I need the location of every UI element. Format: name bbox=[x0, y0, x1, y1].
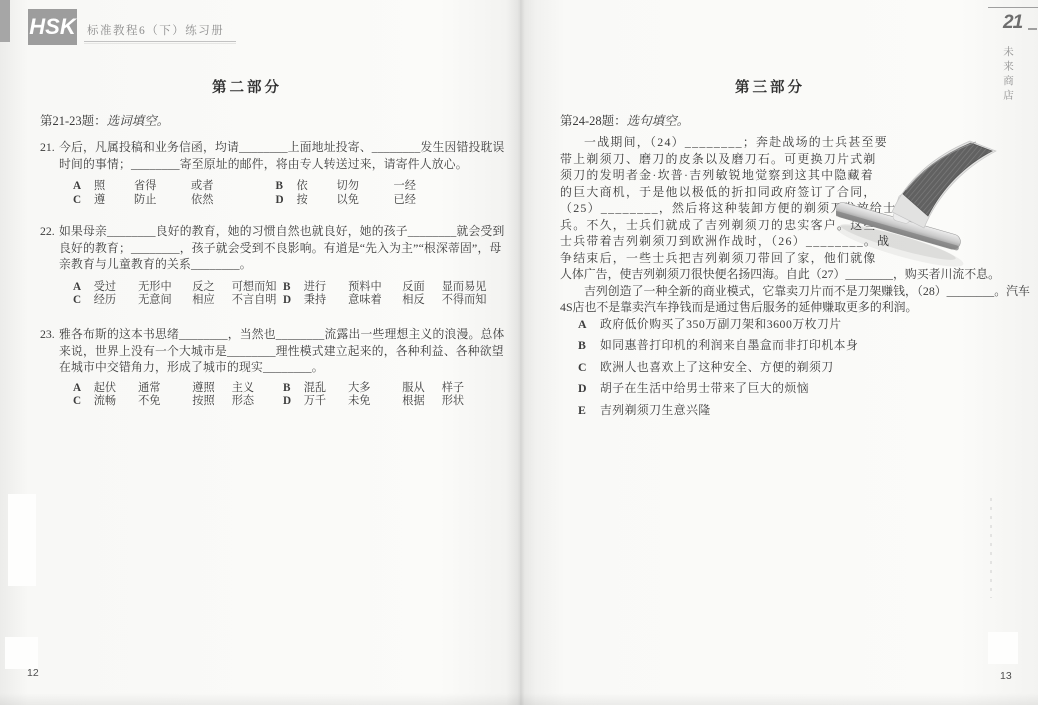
option-word: 不得而知 bbox=[442, 294, 493, 308]
option-word: 相应 bbox=[192, 294, 231, 308]
option-word: 不言自明 bbox=[232, 294, 283, 308]
instructions-left: 第21-23题：选词填空。 bbox=[40, 111, 169, 129]
page-edge-tab bbox=[0, 0, 10, 42]
option-24-28-A: A 政府低价购买了350万副刀架和3600万枚刀片 bbox=[578, 318, 1004, 331]
scan-artifact bbox=[8, 494, 36, 586]
option-word: 未免 bbox=[348, 395, 402, 409]
question-23: 23. 雅各布斯的这本书思绪________，当然也________流露出一些理… bbox=[40, 326, 478, 409]
question-21-line: 今后，凡属投稿和业务信函，均请________上面地址投寄、________发生… bbox=[59, 139, 478, 156]
option-row: A受过无形中反之可想而知 B进行预料中反面显而易见 bbox=[73, 281, 478, 295]
option-word: 意味着 bbox=[348, 294, 402, 308]
question-22-line: 如果母亲________良好的教育，她的习惯自然也就良好，她的孩子_______… bbox=[59, 223, 478, 240]
page-number-left: 12 bbox=[27, 667, 39, 679]
question-23-line: 在城市中交错角力，形成了城市的现实________。 bbox=[59, 359, 478, 376]
option-row: A起伏通常遵照主义 B混乱大多服从样子 bbox=[73, 382, 478, 396]
question-21-options: A照省得或者 B依切勿一经 C遵防止依然 D按以免已经 bbox=[73, 180, 478, 208]
corner-dash bbox=[1028, 28, 1037, 30]
option-word: 经历 bbox=[94, 294, 138, 308]
option-text: 如同惠普打印机的利润来自墨盒而非打印机本身 bbox=[600, 339, 858, 352]
option-word: 已经 bbox=[394, 194, 451, 208]
option-word: 一经 bbox=[394, 180, 451, 194]
question-22-line: 良好的教育；________，孩子就会受到不良影响。有道是“先入为主”“根深蒂固… bbox=[59, 240, 478, 257]
option-label: D bbox=[283, 395, 304, 409]
option-word: 主义 bbox=[232, 382, 283, 396]
option-24-28-E: E 吉列剃须刀生意兴隆 bbox=[578, 404, 1004, 417]
option-24-28-D: D 胡子在生活中给男士带来了巨大的烦恼 bbox=[578, 382, 1004, 395]
hsk-logo-text: HSK bbox=[29, 14, 75, 40]
option-word: 按照 bbox=[192, 395, 231, 409]
option-label: D bbox=[578, 382, 600, 395]
option-word: 遵 bbox=[94, 194, 134, 208]
book-spread: HSK 标准教程6（下）练习册 第二部分 第21-23题：选词填空。 21. 今… bbox=[0, 0, 1038, 705]
book-spine-shadow bbox=[506, 0, 536, 705]
question-22-line: 亲教育与儿童教育的关系________。 bbox=[59, 256, 478, 273]
corner-rule bbox=[988, 7, 1038, 8]
option-word: 省得 bbox=[134, 180, 191, 194]
option-word: 无意间 bbox=[138, 294, 192, 308]
option-text: 欧洲人也喜欢上了这种安全、方便的剃须刀 bbox=[600, 361, 834, 374]
option-word: 显而易见 bbox=[442, 281, 493, 295]
option-label: D bbox=[276, 194, 297, 208]
option-word: 预料中 bbox=[348, 281, 402, 295]
option-word: 反面 bbox=[402, 281, 441, 295]
option-word: 流畅 bbox=[94, 395, 138, 409]
hsk-logo: HSK bbox=[28, 9, 77, 45]
option-row: C流畅不免按照形态 D万千未免根据形状 bbox=[73, 395, 478, 409]
question-21: 21. 今后，凡属投稿和业务信函，均请________上面地址投寄、______… bbox=[40, 139, 478, 208]
option-row: A照省得或者 B依切勿一经 bbox=[73, 180, 478, 194]
option-word: 反之 bbox=[192, 281, 231, 295]
option-word: 无形中 bbox=[138, 281, 192, 295]
option-text: 胡子在生活中给男士带来了巨大的烦恼 bbox=[600, 382, 809, 395]
option-word: 按 bbox=[297, 194, 337, 208]
option-word: 大多 bbox=[348, 382, 402, 396]
option-label: A bbox=[73, 180, 94, 194]
instructions-right: 第24-28题：选句填空。 bbox=[560, 111, 689, 129]
option-label: C bbox=[73, 294, 94, 308]
option-label: B bbox=[283, 281, 304, 295]
question-22: 22. 如果母亲________良好的教育，她的习惯自然也就良好，她的孩子___… bbox=[40, 223, 478, 308]
option-24-28-C: C 欧洲人也喜欢上了这种安全、方便的剃须刀 bbox=[578, 361, 1004, 374]
scan-artifact bbox=[5, 637, 38, 669]
option-text: 吉列剃须刀生意兴隆 bbox=[600, 404, 711, 417]
passage-line: 4S店也不是靠卖汽车挣钱而是通过售后服务的延伸赚取更多的利润。 bbox=[560, 299, 998, 316]
option-word: 切勿 bbox=[337, 180, 394, 194]
option-word: 服从 bbox=[402, 382, 441, 396]
question-23-number: 23. bbox=[40, 326, 55, 343]
option-label: B bbox=[276, 180, 297, 194]
option-22-A: A受过无形中反之可想而知 bbox=[73, 281, 283, 295]
option-word: 形态 bbox=[232, 395, 283, 409]
option-word: 通常 bbox=[138, 382, 192, 396]
page-left: HSK 标准教程6（下）练习册 第二部分 第21-23题：选词填空。 21. 今… bbox=[0, 0, 520, 705]
option-label: A bbox=[578, 318, 600, 331]
lesson-number: 21 bbox=[1003, 12, 1022, 34]
option-word: 或者 bbox=[191, 180, 248, 194]
option-23-C: C流畅不免按照形态 bbox=[73, 395, 283, 409]
scan-artifact bbox=[990, 498, 992, 598]
page-right: 21 未来商店 第三部分 第24-28题：选句填空。 bbox=[520, 0, 1038, 705]
option-word: 进行 bbox=[304, 281, 348, 295]
option-word: 秉持 bbox=[304, 294, 348, 308]
option-word: 依 bbox=[297, 180, 337, 194]
sentence-options: A 政府低价购买了350万副刀架和3600万枚刀片 B 如同惠普打印机的利润来自… bbox=[578, 318, 1004, 425]
option-word: 可想而知 bbox=[232, 281, 283, 295]
option-word: 样子 bbox=[442, 382, 493, 396]
razor-photo bbox=[836, 128, 1024, 286]
option-row: C遵防止依然 D按以免已经 bbox=[73, 194, 478, 208]
option-word: 不免 bbox=[138, 395, 192, 409]
page-bottom-shadow bbox=[0, 693, 1038, 705]
option-label: C bbox=[73, 194, 94, 208]
option-label: C bbox=[73, 395, 94, 409]
option-23-A: A起伏通常遵照主义 bbox=[73, 382, 283, 396]
header-rule bbox=[84, 41, 236, 44]
option-21-D: D按以免已经 bbox=[276, 194, 479, 208]
option-row: C经历无意间相应不言自明 D秉持意味着相反不得而知 bbox=[73, 294, 478, 308]
section-title-part-three: 第三部分 bbox=[520, 76, 1020, 97]
option-label: A bbox=[73, 382, 94, 396]
question-22-options: A受过无形中反之可想而知 B进行预料中反面显而易见 C经历无意间相应不言自明 D… bbox=[73, 281, 478, 309]
option-word: 万千 bbox=[304, 395, 348, 409]
option-23-D: D万千未免根据形状 bbox=[283, 395, 493, 409]
instructions-left-range: 第21-23题： bbox=[40, 114, 107, 128]
option-21-A: A照省得或者 bbox=[73, 180, 276, 194]
option-word: 根据 bbox=[402, 395, 441, 409]
option-label: D bbox=[283, 294, 304, 308]
option-label: C bbox=[578, 361, 600, 374]
option-22-D: D秉持意味着相反不得而知 bbox=[283, 294, 493, 308]
question-22-number: 22. bbox=[40, 223, 55, 240]
option-label: E bbox=[578, 404, 600, 417]
section-title-part-two: 第二部分 bbox=[0, 76, 494, 97]
option-word: 混乱 bbox=[304, 382, 348, 396]
option-22-C: C经历无意间相应不言自明 bbox=[73, 294, 283, 308]
option-label: B bbox=[283, 382, 304, 396]
instructions-left-task: 选词填空。 bbox=[107, 114, 170, 128]
option-word: 形状 bbox=[442, 395, 493, 409]
option-label: A bbox=[73, 281, 94, 295]
option-word: 相反 bbox=[402, 294, 441, 308]
option-word: 受过 bbox=[94, 281, 138, 295]
option-word: 以免 bbox=[337, 194, 394, 208]
book-title: 标准教程6（下）练习册 bbox=[87, 22, 224, 38]
option-label: B bbox=[578, 339, 600, 352]
option-word: 遵照 bbox=[192, 382, 231, 396]
instructions-right-range: 第24-28题： bbox=[560, 114, 627, 128]
option-word: 依然 bbox=[191, 194, 248, 208]
option-24-28-B: B 如同惠普打印机的利润来自墨盒而非打印机本身 bbox=[578, 339, 1004, 352]
question-21-number: 21. bbox=[40, 139, 55, 156]
question-23-line: 雅各布斯的这本书思绪________，当然也________流露出一些理想主义的… bbox=[59, 326, 478, 343]
option-21-C: C遵防止依然 bbox=[73, 194, 276, 208]
option-22-B: B进行预料中反面显而易见 bbox=[283, 281, 493, 295]
option-word: 照 bbox=[94, 180, 134, 194]
option-23-B: B混乱大多服从样子 bbox=[283, 382, 493, 396]
option-21-B: B依切勿一经 bbox=[276, 180, 479, 194]
question-23-line: 来说，世界上没有一个大城市是________理性模式建立起来的，各种利益、各种欲… bbox=[59, 343, 478, 360]
question-21-line: 时间的事情；________寄至原址的邮件，将由专人转送过来，请寄件人放心。 bbox=[59, 156, 478, 173]
option-word: 起伏 bbox=[94, 382, 138, 396]
question-23-options: A起伏通常遵照主义 B混乱大多服从样子 C流畅不免按照形态 D万千未免根据形状 bbox=[73, 382, 478, 410]
instructions-right-task: 选句填空。 bbox=[627, 114, 690, 128]
option-text: 政府低价购买了350万副刀架和3600万枚刀片 bbox=[600, 318, 842, 331]
page-number-right: 13 bbox=[1000, 670, 1012, 682]
scan-artifact bbox=[988, 632, 1018, 664]
option-word: 防止 bbox=[134, 194, 191, 208]
